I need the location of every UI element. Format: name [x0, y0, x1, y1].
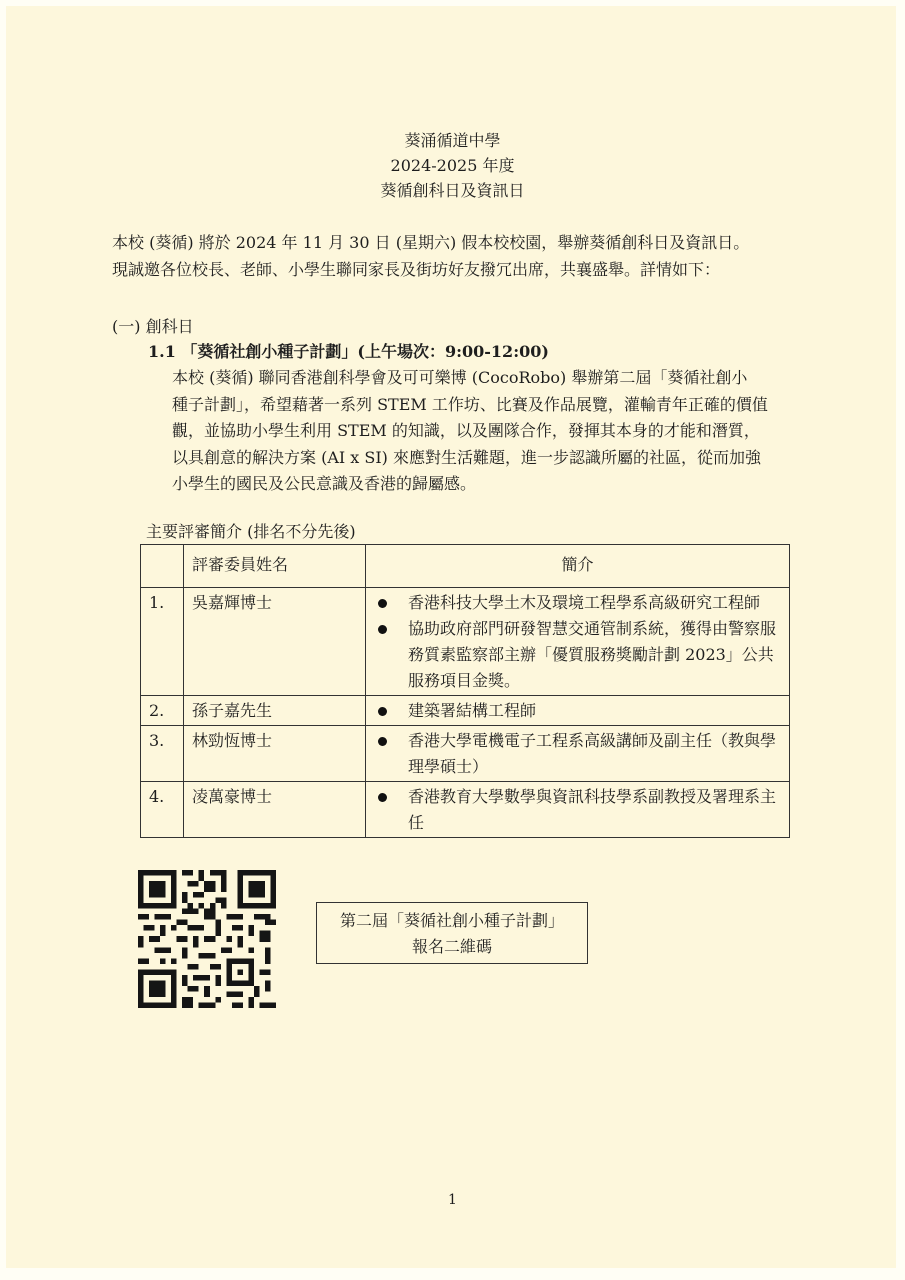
bullet-item: 香港科技大學土木及環境工程學系高級研究工程師	[374, 590, 781, 616]
body-line: 種子計劃」，希望藉著一系列 STEM 工作坊、比賽及作品展覽，灌輸青年正確的價值	[172, 392, 812, 419]
bullet-icon	[378, 793, 387, 802]
table-row: 3. 林勁恆博士 香港大學電機電子工程系高級講師及副主任（教與學理學碩士）	[141, 726, 790, 782]
row-num: 1.	[141, 588, 184, 696]
body-line: 本校 (葵循) 聯同香港創科學會及可可樂博 (CocoRobo) 舉辦第二屆「葵…	[172, 365, 812, 392]
header-intro: 簡介	[366, 545, 790, 588]
event-title: 葵循創科日及資訊日	[0, 178, 905, 203]
qr-caption-line-2: 報名二維碼	[317, 934, 587, 960]
header-name: 評審委員姓名	[184, 545, 366, 588]
bullet-item: 香港大學電機電子工程系高級講師及副主任（教與學理學碩士）	[374, 728, 781, 780]
row-num: 3.	[141, 726, 184, 782]
table-row: 1. 吳嘉輝博士 香港科技大學土木及環境工程學系高級研究工程師 協助政府部門研發…	[141, 588, 790, 696]
judge-intro: 香港大學電機電子工程系高級講師及副主任（教與學理學碩士）	[366, 726, 790, 782]
judge-name: 凌萬豪博士	[184, 782, 366, 838]
bullet-item: 香港教育大學數學與資訊科技學系副教授及署理系主任	[374, 784, 781, 836]
table-row: 4. 凌萬豪博士 香港教育大學數學與資訊科技學系副教授及署理系主任	[141, 782, 790, 838]
judge-intro: 建築署結構工程師	[366, 696, 790, 726]
bullet-icon	[378, 707, 387, 716]
bullet-icon	[378, 737, 387, 746]
qr-code-icon[interactable]	[138, 870, 276, 1008]
intro-line-1: 本校 (葵循) 將於 2024 年 11 月 30 日 (星期六) 假本校校園，…	[112, 229, 749, 256]
section-heading: (一) 創科日	[112, 313, 194, 340]
judge-intro: 香港教育大學數學與資訊科技學系副教授及署理系主任	[366, 782, 790, 838]
bullet-item: 協助政府部門研發智慧交通管制系統，獲得由警察服務質素監察部主辦「優質服務獎勵計劃…	[374, 616, 781, 694]
judge-name: 孫子嘉先生	[184, 696, 366, 726]
academic-year: 2024-2025 年度	[0, 153, 905, 178]
row-num: 2.	[141, 696, 184, 726]
judge-intro: 香港科技大學土木及環境工程學系高級研究工程師 協助政府部門研發智慧交通管制系統，…	[366, 588, 790, 696]
bullet-icon	[378, 599, 387, 608]
qr-caption-line-1: 第二屆「葵循社創小種子計劃」	[317, 908, 587, 934]
intro-paragraph: 本校 (葵循) 將於 2024 年 11 月 30 日 (星期六) 假本校校園，…	[112, 229, 749, 283]
header-num	[141, 545, 184, 588]
intro-line-2: 現誠邀各位校長、老師、小學生聯同家長及街坊好友撥冗出席，共襄盛舉。詳情如下：	[112, 256, 749, 283]
body-line: 小學生的國民及公民意識及香港的歸屬感。	[172, 471, 812, 498]
judge-name: 林勁恆博士	[184, 726, 366, 782]
bullet-icon	[378, 625, 387, 634]
bullet-item: 建築署結構工程師	[374, 698, 781, 724]
judges-table: 評審委員姓名 簡介 1. 吳嘉輝博士 香港科技大學土木及環境工程學系高級研究工程…	[140, 544, 790, 838]
school-name: 葵涌循道中學	[0, 128, 905, 153]
document-header: 葵涌循道中學 2024-2025 年度 葵循創科日及資訊日	[0, 128, 905, 203]
judges-caption: 主要評審簡介 (排名不分先後)	[146, 518, 356, 545]
table-header-row: 評審委員姓名 簡介	[141, 545, 790, 588]
body-line: 以具創意的解決方案 (AI x SI) 來應對生活難題，進一步認識所屬的社區，從…	[172, 445, 812, 472]
qr-caption-box: 第二屆「葵循社創小種子計劃」 報名二維碼	[316, 902, 588, 964]
judge-name: 吳嘉輝博士	[184, 588, 366, 696]
body-line: 觀，並協助小學生利用 STEM 的知識，以及團隊合作，發揮其本身的才能和潛質，	[172, 418, 812, 445]
section-body: 本校 (葵循) 聯同香港創科學會及可可樂博 (CocoRobo) 舉辦第二屆「葵…	[172, 365, 812, 498]
page-number: 1	[0, 1192, 905, 1208]
subsection-heading: 1.1 「葵循社創小種子計劃」(上午場次：9:00-12:00)	[148, 338, 549, 365]
row-num: 4.	[141, 782, 184, 838]
table-row: 2. 孫子嘉先生 建築署結構工程師	[141, 696, 790, 726]
